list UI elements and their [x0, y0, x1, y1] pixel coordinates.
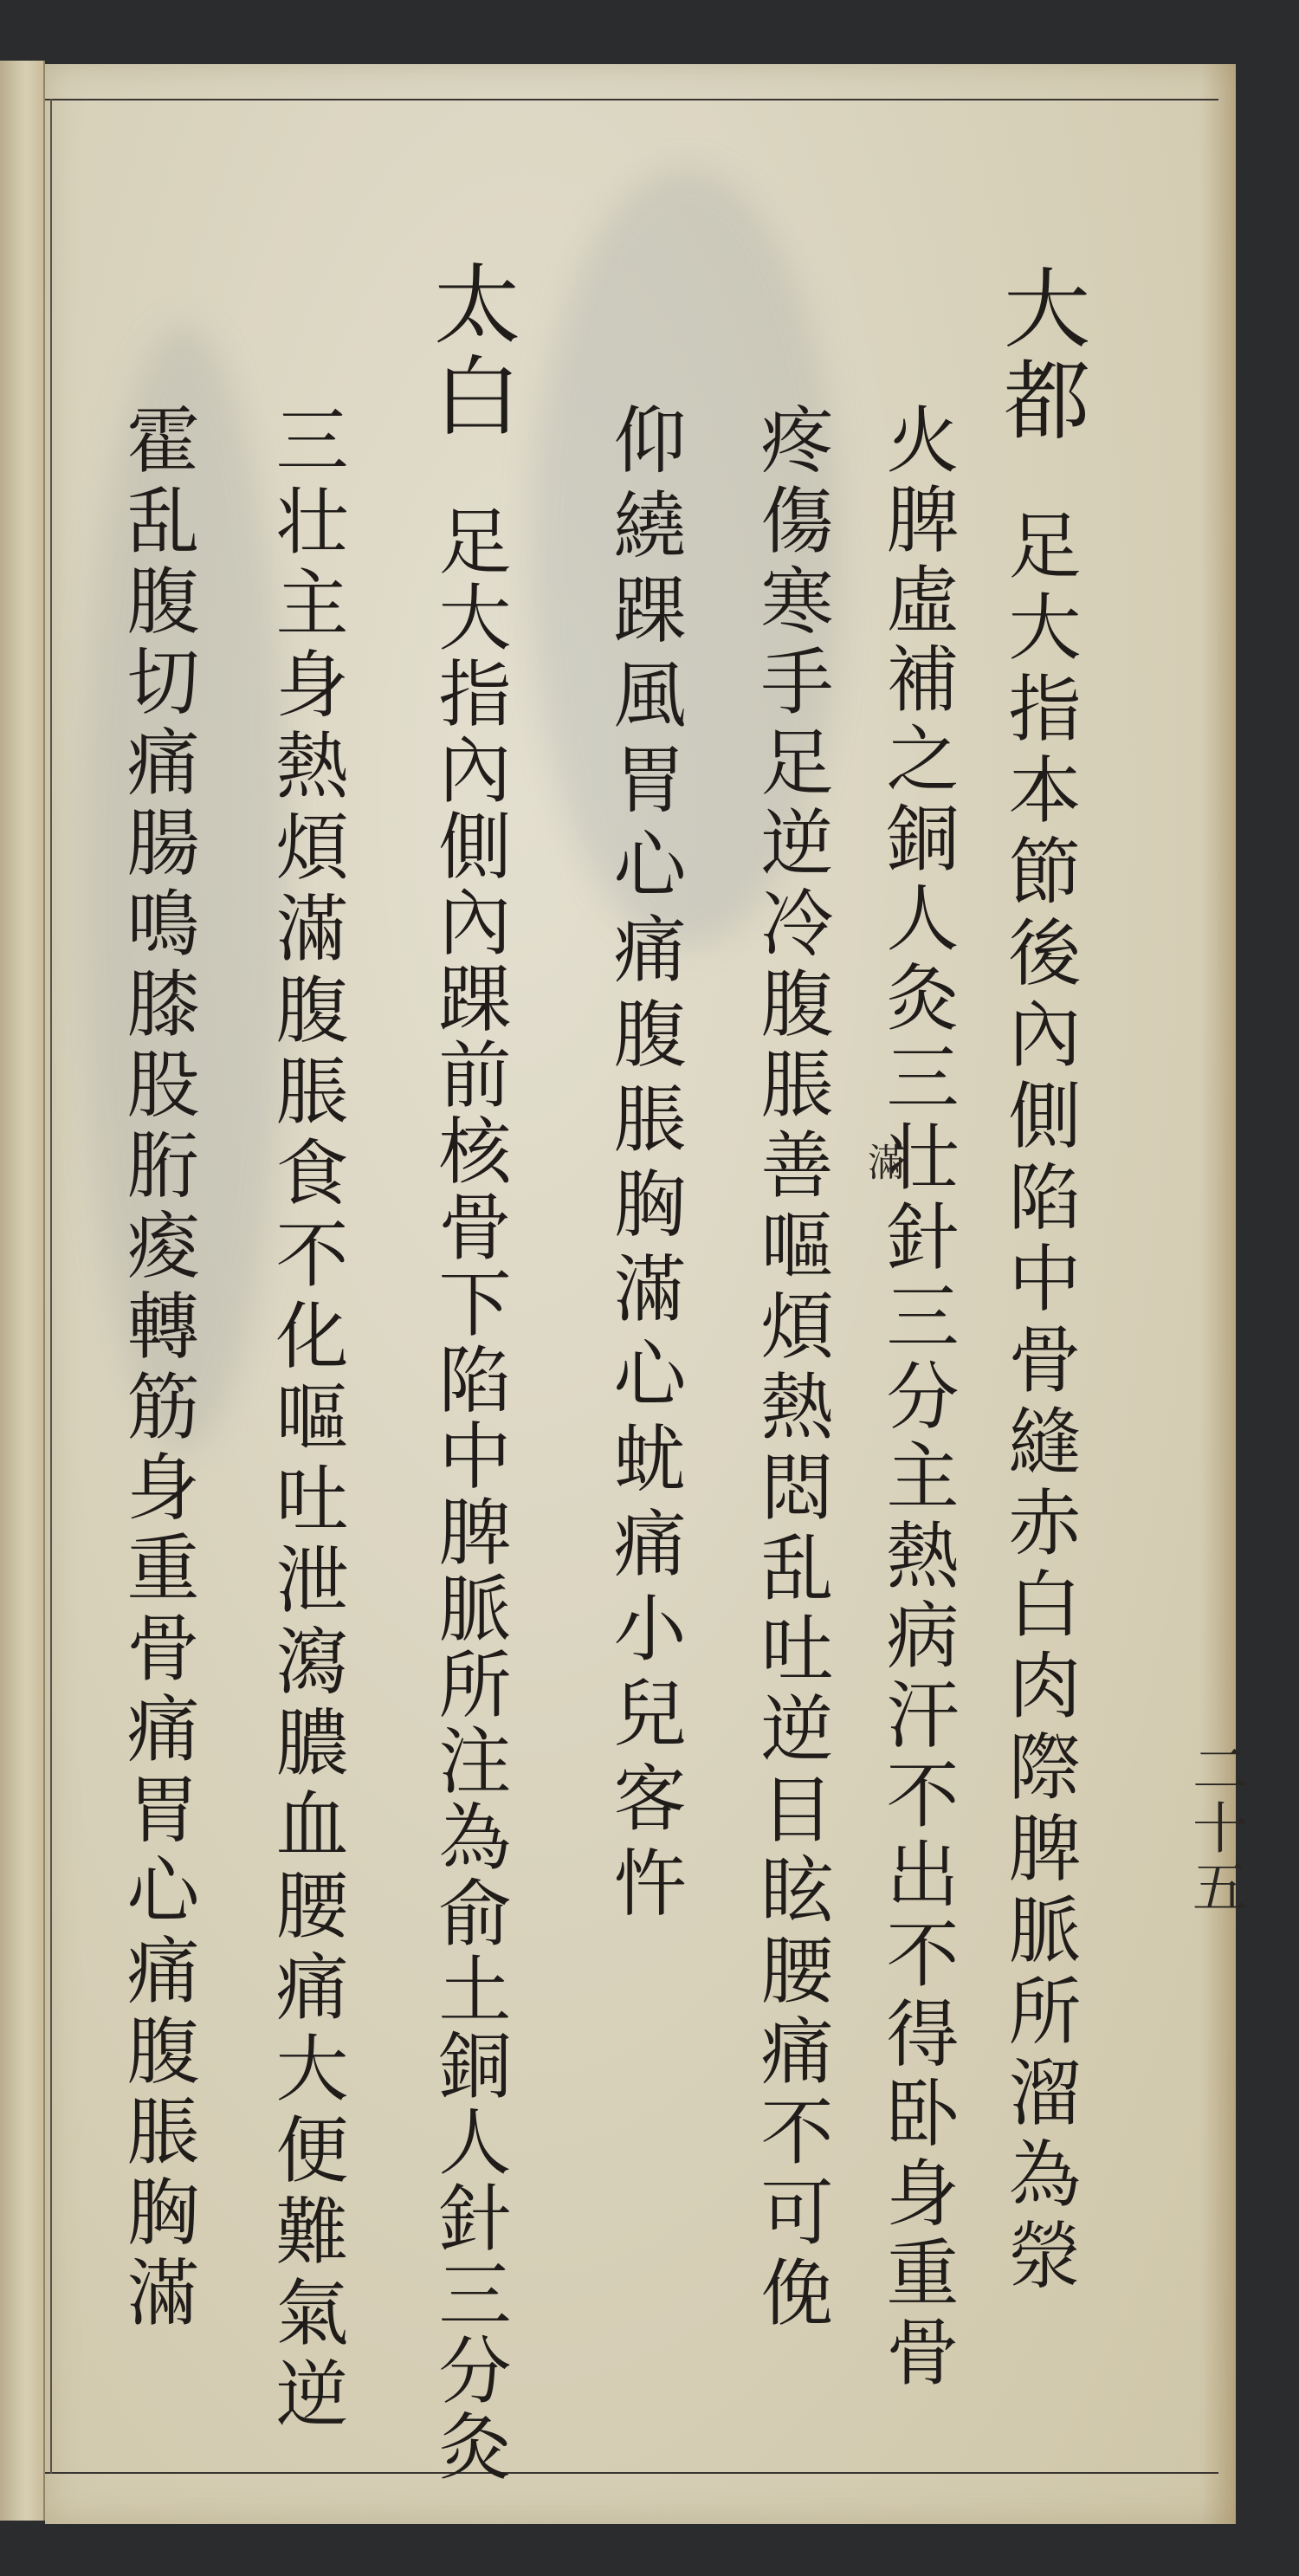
column-text: 足大指本節後內側陷中骨縫赤白肉際脾脈所溜為滎: [997, 508, 1082, 2299]
manuscript-page: 大都足大指本節後內側陷中骨縫赤白肉際脾脈所溜為滎 火脾虛補之銅人灸三壮針三分主熱…: [45, 64, 1236, 2524]
folio-number: 二十五: [1175, 1740, 1255, 1917]
acupoint-heading-dadu: 大都: [989, 263, 1090, 447]
column-text: 霍乱腹切痛腸鳴膝股胻痠轉筋身重骨痛胃心痛腹脹胸滿: [115, 402, 200, 2335]
column-text: 足大指內側內踝前核骨下陷中脾脈所注為俞土銅人針三分灸: [427, 503, 512, 2485]
text-column-3: 疼傷寒手足逆冷腹脹善嘔煩熱悶乱吐逆目眩腰痛不可俛: [755, 402, 828, 2335]
top-border-rule: [45, 99, 1218, 100]
text-column-6: 三壮主身熱煩滿腹脹食不化嘔吐泄瀉膿血腰痛大便難氣逆: [270, 402, 343, 2437]
text-column-2: 火脾虛補之銅人灸三壮針三分主熱病汗不出不得卧身重骨: [881, 402, 953, 2394]
text-column-5: 太白足大指內側內踝前核骨下陷中脾脈所注為俞土銅人針三分灸: [426, 259, 513, 2485]
acupoint-heading-taibai: 太白: [419, 259, 520, 443]
text-column-1: 大都足大指本節後內側陷中骨縫赤白肉際脾脈所溜為滎: [996, 263, 1082, 2299]
column-text: 仰繞踝風胃心痛腹脹胸滿心蚘痛小兒客忤: [602, 402, 687, 1930]
page-edge-shading: [1201, 64, 1236, 2524]
column-text: 疼傷寒手足逆冷腹脹善嘔煩熱悶乱吐逆目眩腰痛不可俛: [749, 402, 834, 2335]
marginal-annotation: 滿: [855, 1142, 910, 1181]
bottom-border-rule: [45, 2472, 1218, 2474]
left-border-rule: [50, 99, 52, 2474]
column-text: 三壮主身熱煩滿腹脹食不化嘔吐泄瀉膿血腰痛大便難氣逆: [264, 402, 349, 2437]
adjacent-page-edge: [0, 61, 45, 2521]
text-column-7: 霍乱腹切痛腸鳴膝股胻痠轉筋身重骨痛胃心痛腹脹胸滿: [121, 402, 194, 2335]
text-column-4: 仰繞踝風胃心痛腹脹胸滿心蚘痛小兒客忤: [608, 402, 681, 1930]
column-text: 火脾虛補之銅人灸三壮針三分主熱病汗不出不得卧身重骨: [875, 402, 960, 2394]
